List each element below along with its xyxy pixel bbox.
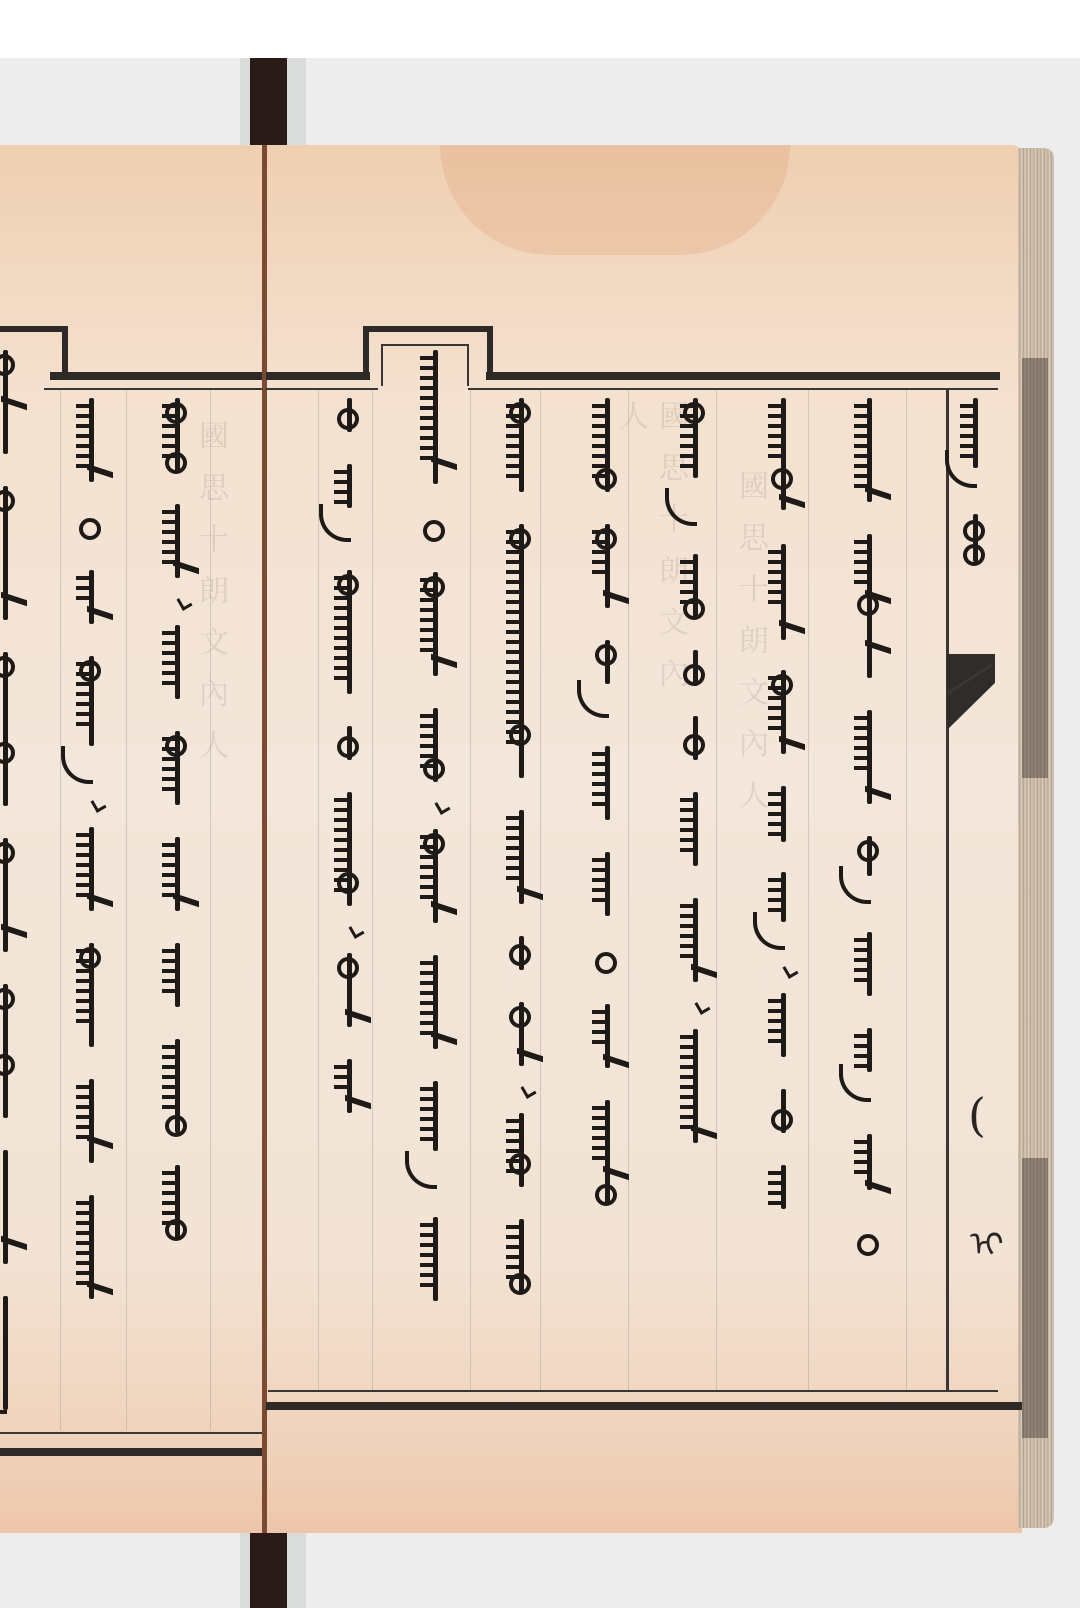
margin-divider: [946, 390, 949, 1390]
column-rule: [60, 390, 61, 1430]
manchu-word: [68, 943, 114, 1053]
manchu-word: [68, 1195, 114, 1305]
manchu-word: [584, 398, 630, 498]
fore-edge: [1018, 148, 1054, 1528]
manchu-word: [68, 570, 114, 630]
manchu-word: [68, 656, 114, 786]
manchu-word: [326, 792, 372, 912]
column-rule: [126, 390, 127, 1430]
manchu-word: [672, 716, 718, 766]
frame-bottom-rule: [0, 1448, 262, 1456]
manchu-word: [68, 398, 114, 488]
manchu-word: [584, 1100, 630, 1210]
manchu-word: [498, 1219, 544, 1299]
manchu-word: [760, 993, 806, 1063]
manchu-word: [498, 1002, 544, 1072]
margin-title-column: [952, 398, 998, 608]
column-rule: [210, 390, 211, 1430]
manchu-word: [584, 524, 630, 614]
manchu-word: [68, 827, 114, 917]
fore-edge-wear: [1022, 358, 1048, 778]
frame-inner-rule: [468, 388, 998, 390]
frame-top-rule: [266, 372, 370, 380]
manchu-word: [846, 836, 892, 906]
left-text-column-1: [154, 398, 200, 1271]
manchu-word: [154, 398, 200, 478]
manchu-word: [584, 1004, 630, 1074]
punctuation-mark: [176, 594, 192, 611]
manchu-word: [584, 746, 630, 826]
manchu-word: [846, 710, 892, 810]
manchu-word: [154, 1039, 200, 1139]
manchu-word: [0, 350, 28, 460]
manchu-word: [0, 1296, 28, 1416]
manchu-word: [326, 398, 372, 438]
manchu-word: [412, 955, 458, 1055]
manchu-word: [760, 786, 806, 846]
manchu-word: [326, 570, 372, 700]
punctuation-mark: [348, 922, 364, 939]
frame-inner-rule: [44, 388, 262, 390]
manchu-word: [952, 398, 998, 488]
frame-inner-bottom-rule: [0, 1432, 262, 1434]
manchu-word: [760, 544, 806, 644]
fore-edge-wear: [1022, 1158, 1048, 1438]
manchu-word: [412, 1081, 458, 1191]
manchu-word: [326, 953, 372, 1033]
manchu-word: [154, 837, 200, 917]
manchu-word: [672, 398, 718, 528]
manchu-word: [760, 1089, 806, 1139]
manchu-word: [498, 1113, 544, 1193]
manchu-word: [846, 932, 892, 1002]
punctuation-mark: [694, 998, 710, 1015]
manchu-word: [154, 625, 200, 705]
manchu-word: [760, 1165, 806, 1215]
manchu-word: [846, 398, 892, 508]
manchu-word: [498, 524, 544, 784]
manchu-word: [584, 852, 630, 922]
manchu-word: [952, 514, 998, 582]
folio-mark: (: [968, 1088, 986, 1142]
frame-bottom-rule: [266, 1402, 1022, 1410]
manchu-word: [412, 829, 458, 929]
manchu-word: [846, 1134, 892, 1204]
manchu-word: [0, 838, 28, 958]
text-column-2: [760, 398, 806, 1241]
manchu-word: [760, 670, 806, 760]
manchu-word: [154, 943, 200, 1013]
column-rule: [372, 390, 373, 1390]
manchu-word: [672, 792, 718, 872]
manchu-word: [672, 650, 718, 690]
manchu-word: [760, 872, 806, 952]
manchu-word: [154, 1165, 200, 1245]
manchu-word: [846, 1230, 892, 1260]
spine-binding-bottom: [250, 1530, 287, 1608]
manchu-word: [0, 1150, 28, 1270]
manchu-word: [846, 534, 892, 684]
manchu-word: [672, 554, 718, 624]
manchu-word: [412, 572, 458, 682]
frame-inner-rule: [266, 388, 378, 390]
manchu-word: [326, 726, 372, 766]
frame-top-rule: [50, 372, 262, 380]
manchu-word: [672, 1029, 718, 1149]
text-column-3: [672, 398, 718, 1175]
column-rule: [318, 390, 319, 1390]
manchu-word: [68, 514, 114, 544]
column-rule: [470, 390, 471, 1390]
column-rule: [808, 390, 809, 1390]
manchu-word: [846, 1028, 892, 1108]
manchu-word: [0, 652, 28, 812]
manchu-word: [498, 398, 544, 498]
spine-binding-top: [250, 58, 287, 150]
punctuation-mark: [90, 796, 106, 813]
column-rule: [906, 390, 907, 1390]
frame-top-rule: [486, 372, 1000, 380]
manchu-word: [412, 708, 458, 788]
text-column-4: [584, 398, 630, 1236]
text-column-1: [846, 398, 892, 1286]
manchu-word: [412, 1217, 458, 1307]
left-text-column-2: [68, 398, 114, 1331]
text-column-5: [498, 398, 544, 1325]
punctuation-mark: [520, 1082, 536, 1099]
text-column-7: [326, 398, 372, 1145]
manchu-word: [498, 936, 544, 976]
manchu-word: [326, 464, 372, 544]
manchu-word: [326, 1059, 372, 1119]
folio-mark: ᡳ: [970, 1206, 1004, 1266]
manchu-word: [412, 516, 458, 546]
manchu-word: [760, 398, 806, 518]
punctuation-mark: [434, 798, 450, 815]
left-text-column-3-raised: [0, 350, 28, 1442]
manchu-word: [412, 350, 458, 490]
manchu-word: [584, 640, 630, 720]
manchu-word: [154, 731, 200, 811]
water-stain: [440, 145, 790, 255]
frame-inner-bottom-rule: [268, 1390, 998, 1392]
manchu-word: [584, 948, 630, 978]
punctuation-mark: [782, 962, 798, 979]
text-column-6-raised: [412, 350, 458, 1333]
manchu-word: [68, 1079, 114, 1169]
manchu-word: [0, 486, 28, 626]
manchu-word: [154, 504, 200, 584]
manchu-word: [498, 810, 544, 910]
manchu-word: [0, 984, 28, 1124]
book-gutter: [262, 145, 267, 1533]
manchu-word: [672, 898, 718, 988]
